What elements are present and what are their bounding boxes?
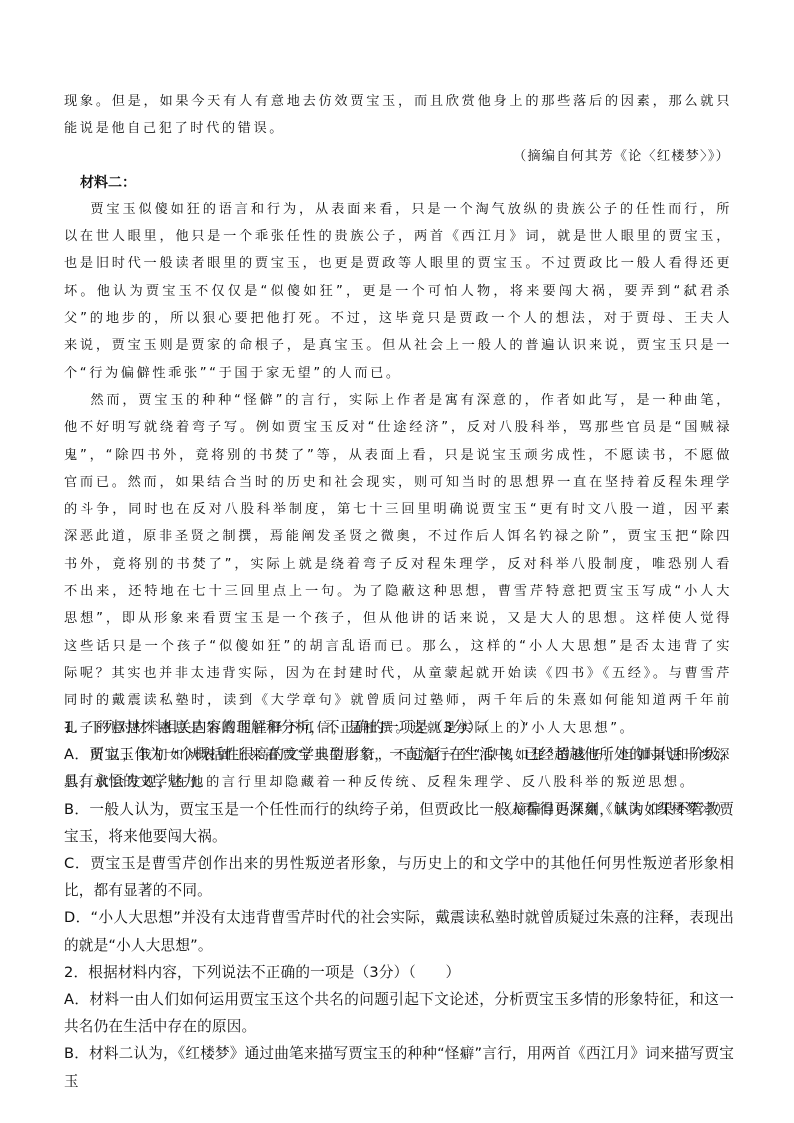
material-one-tail-paragraph: 现象。但是，如果今天有人有意地去仿效贾宝玉，而且欣赏他身上的那些落后的因素，那么… [64,88,732,143]
question-1-option-a: A．贾宝玉作为一个概括性很高的文学典型形象，一直流行在生活中，已经超越他所处的时… [64,741,734,795]
question-2-option-a: A．材料一由人们如何运用贾宝玉这个共名的问题引起下文论述，分析贾宝玉多情的形象特… [64,986,734,1040]
question-1-option-d: D．“小人大思想”并没有太违背曹雪芹时代的社会实际，戴震读私塾时就曾质疑过朱熹的… [64,904,734,958]
question-1-option-b: B．一般人认为，贾宝玉是一个任性而行的纨绔子弟，但贾政比一般人看得更深刻，认为如… [64,796,734,850]
question-2-stem: 2．根据材料内容，下列说法不正确的一项是（3分）（ ） [64,959,734,986]
question-1-option-c: C．贾宝玉是曹雪芹创作出来的男性叛逆者形象，与历史上的和文学中的其他任何男性叛逆… [64,850,734,904]
material-one-source: （摘编自何其芳《论〈红楼梦〉》） [64,143,732,170]
material-two-paragraph-2: 然而，贾宝玉的种种“怪僻”的言行，实际上作者是寓有深意的，作者如此写，是一种曲笔… [64,387,732,742]
material-two-heading: 材料二： [64,170,732,196]
material-two-paragraph-1: 贾宝玉似傻如狂的语言和行为，从表面来看，只是一个淘气放纵的贵族公子的任性而行，所… [64,196,732,387]
question-2-option-b: B．材料二认为，《红楼梦》通过曲笔来描写贾宝玉的种种“怪癖”言行，用两首《西江月… [64,1040,734,1094]
question-1-stem: 1．下列对材料相关内容的理解和分析，不正确的一项是（3分）（ ） [64,714,734,741]
questions-section: 1．下列对材料相关内容的理解和分析，不正确的一项是（3分）（ ） A．贾宝玉作为… [64,714,734,1095]
